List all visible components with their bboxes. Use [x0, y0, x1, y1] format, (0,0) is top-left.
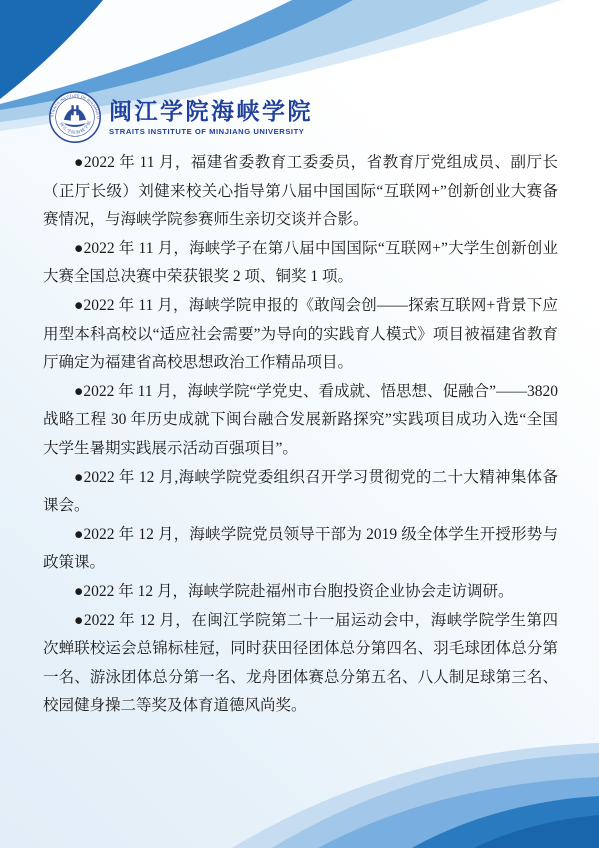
event-paragraph-8: ●2022 年 12 月，在闽江学院第二十一届运动会中，海峡学院学生第四次蝉联校…: [43, 607, 558, 721]
event-paragraph-3: ●2022 年 11 月，海峡学院申报的《敢闯会创——探索互联网+背景下应用型本…: [43, 292, 558, 378]
university-seal-icon: STRAITS INSTITUTE OF MINJIANG UNIVERSITY…: [48, 90, 102, 144]
document-page: STRAITS INSTITUTE OF MINJIANG UNIVERSITY…: [0, 0, 599, 848]
bottom-swoosh-decoration: [0, 733, 599, 848]
event-paragraph-5: ●2022 年 12 月,海峡学院党委组织召开学习贯彻党的二十大精神集体备课会。: [43, 464, 558, 521]
event-paragraph-2: ●2022 年 11 月，海峡学子在第八届中国国际“互联网+”大学生创新创业大赛…: [43, 235, 558, 292]
events-list: ●2022 年 11 月，福建省委教育工委委员，省教育厅党组成员、副厅长（正厅长…: [43, 149, 558, 721]
institute-titles: 闽江学院海峡学院 STRAITS INSTITUTE OF MINJIANG U…: [109, 99, 313, 136]
event-paragraph-1: ●2022 年 11 月，福建省委教育工委委员，省教育厅党组成员、副厅长（正厅长…: [43, 149, 558, 235]
header: STRAITS INSTITUTE OF MINJIANG UNIVERSITY…: [48, 90, 313, 144]
event-paragraph-6: ●2022 年 12 月，海峡学院党员领导干部为 2019 级全体学生开授形势与…: [43, 521, 558, 578]
institute-name-zh: 闽江学院海峡学院: [109, 99, 313, 125]
event-paragraph-4: ●2022 年 11 月，海峡学院“学党史、看成就、悟思想、促融合”——3820…: [43, 378, 558, 464]
institute-name-en: STRAITS INSTITUTE OF MINJIANG UNIVERSITY: [109, 127, 313, 136]
event-paragraph-7: ●2022 年 12 月，海峡学院赴福州市台胞投资企业协会走访调研。: [43, 578, 558, 607]
